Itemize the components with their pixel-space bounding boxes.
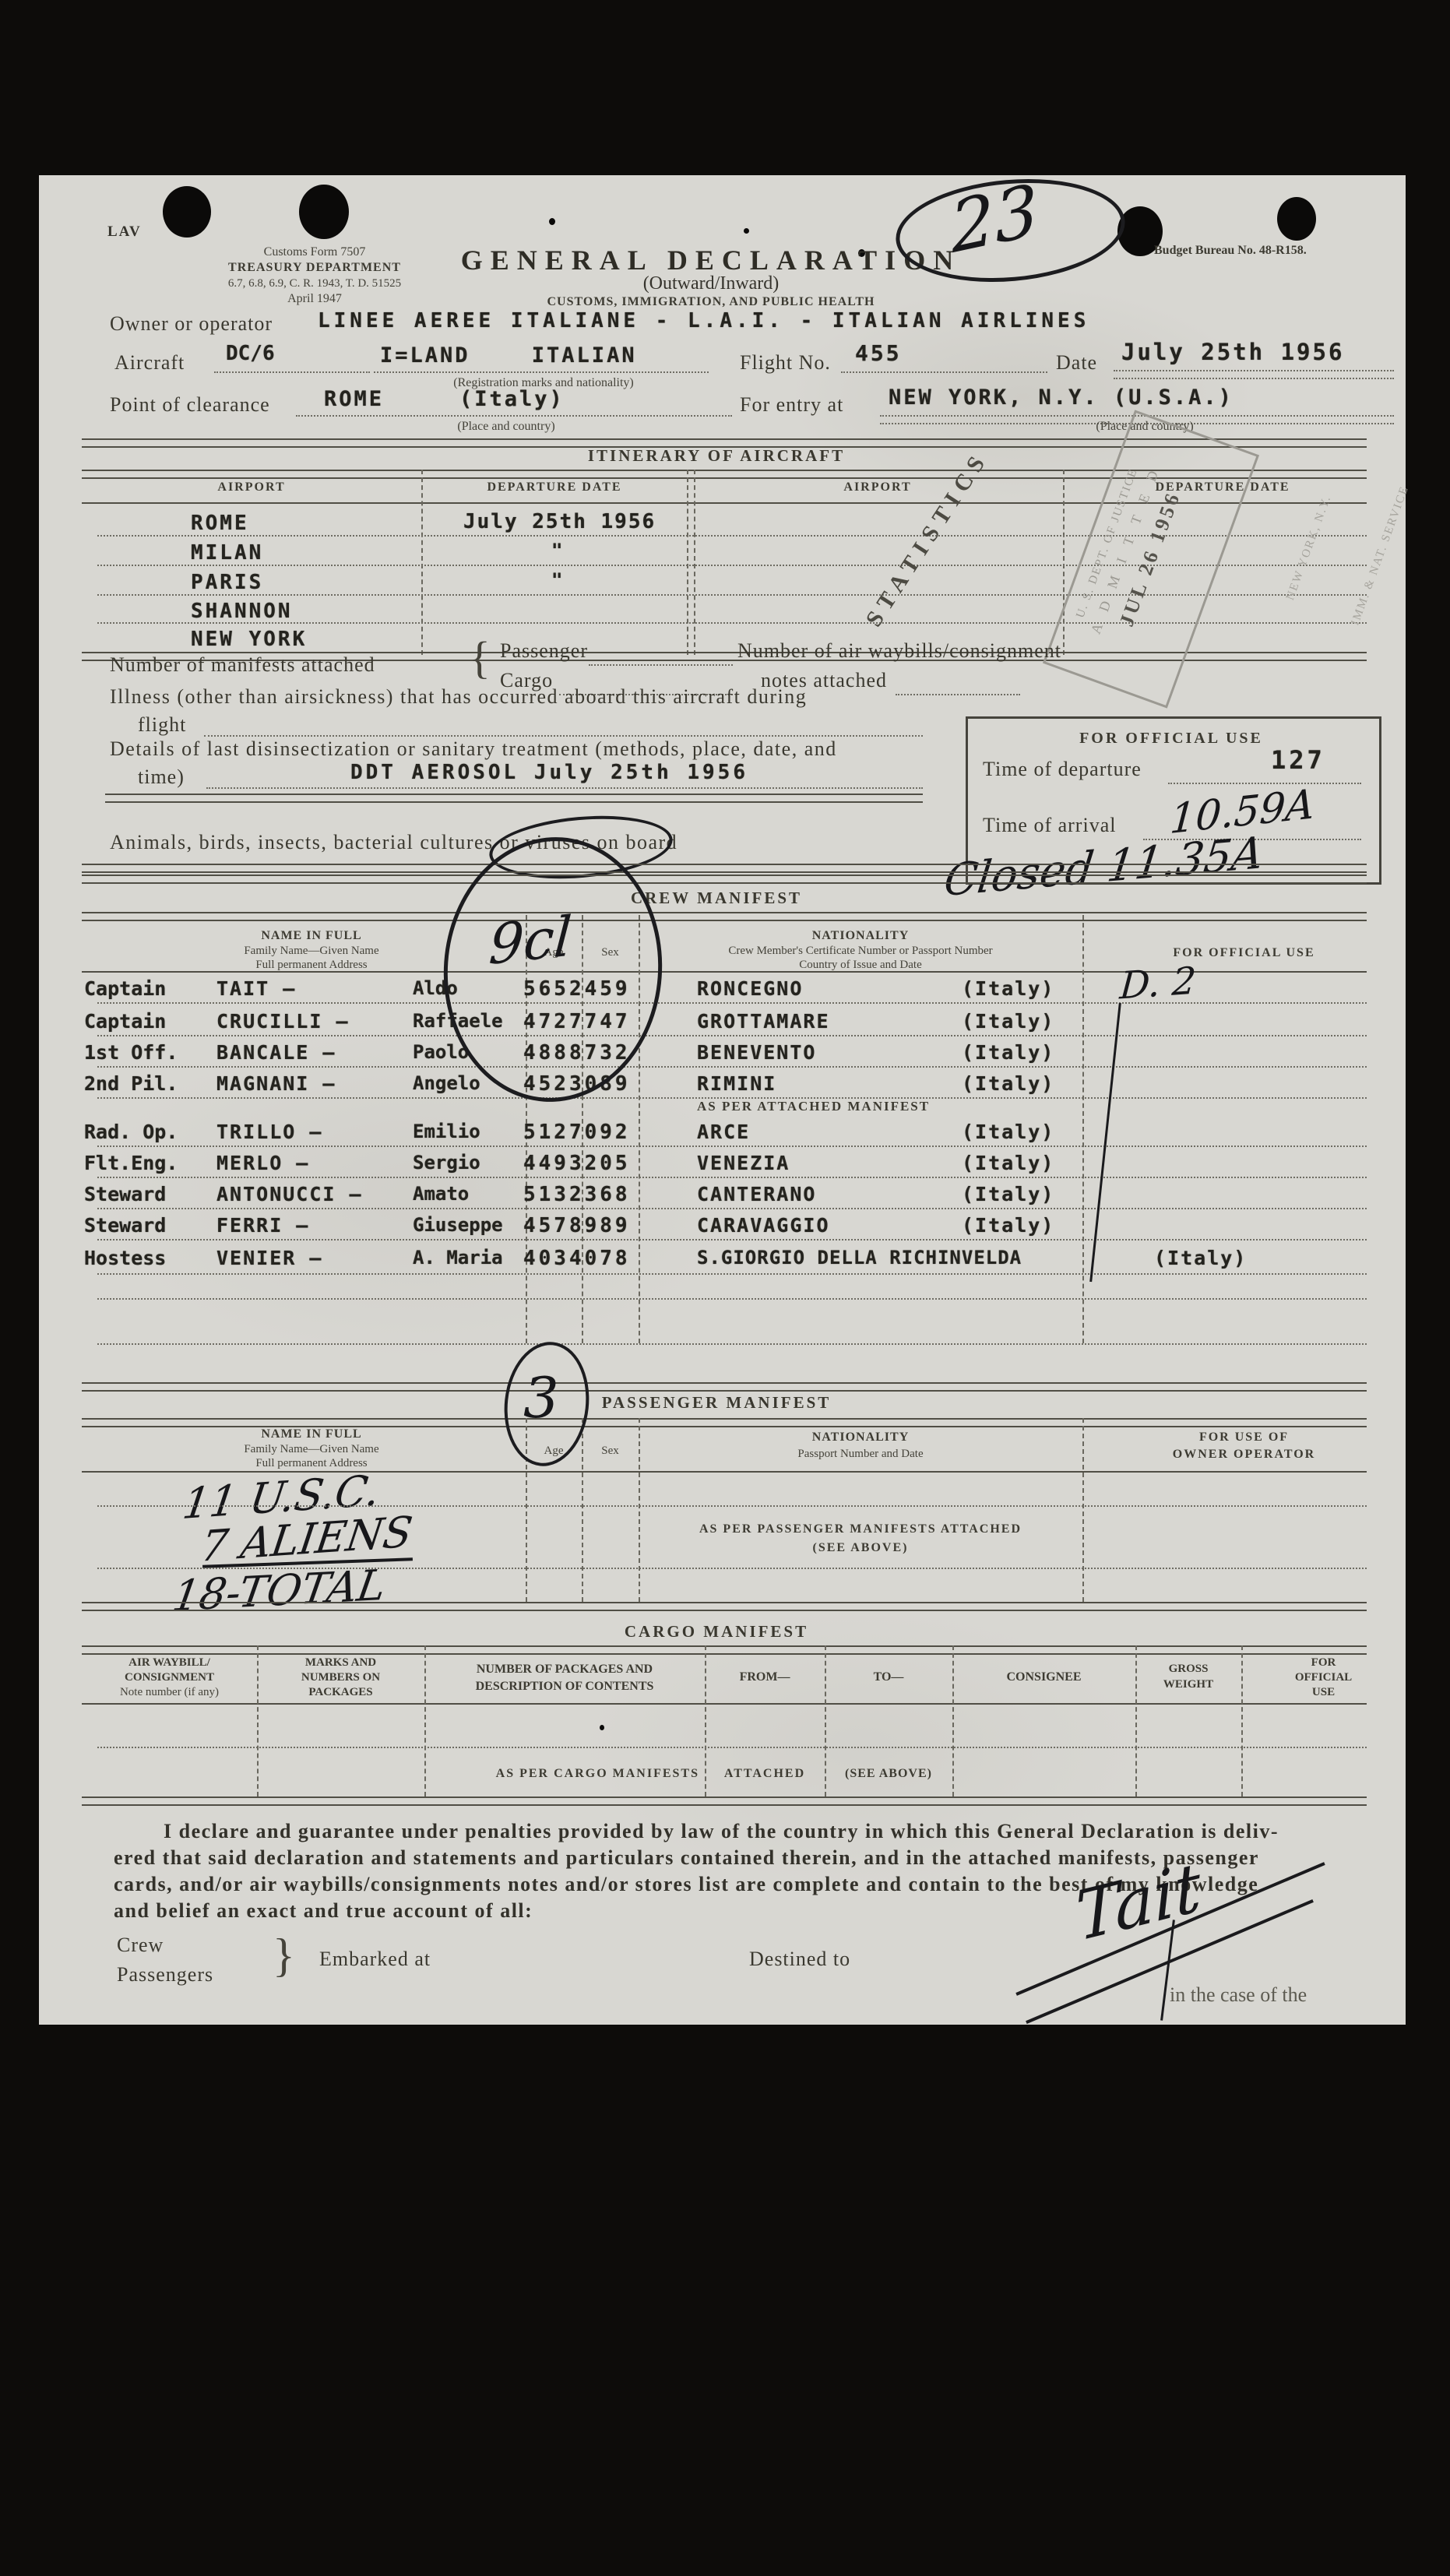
crew-role: Flt.Eng. (84, 1152, 178, 1174)
cargo-manifest-title: CARGO MANIFEST (444, 1622, 989, 1642)
crew-given-name: Giuseppe (413, 1214, 503, 1236)
row-line (97, 1747, 1367, 1748)
passenger-nationality-header-2: Passport Number and Date (639, 1448, 1082, 1461)
crew-role: Steward (84, 1214, 166, 1237)
row-line (97, 1035, 1367, 1036)
row-line (97, 1177, 1367, 1178)
crew-name-header-2: Family Name—Given Name (136, 945, 487, 958)
agency-line: CUSTOMS, IMMIGRATION, AND PUBLIC HEALTH (438, 295, 984, 309)
crew-place: CANTERANO (697, 1183, 816, 1205)
crew-family-name: MAGNANI — (216, 1072, 336, 1095)
crew-country: (Italy) (962, 1121, 1054, 1143)
crew-role: Steward (84, 1183, 166, 1205)
cargo-col-packages-1: NUMBER OF PACKAGES AND (424, 1663, 705, 1677)
row-line (97, 1239, 1367, 1240)
crew-place: BENEVENTO (697, 1041, 816, 1064)
cargo-attached-note-1: AS PER CARGO MANIFESTS (475, 1767, 699, 1781)
crew-country: (Italy) (962, 1041, 1054, 1064)
date-underline (1114, 370, 1394, 371)
crew-country: (Italy) (1154, 1247, 1247, 1269)
crew-place: GROTTAMARE (697, 1010, 830, 1033)
crew-given-name: Amato (413, 1183, 469, 1205)
owner-label: Owner or operator (110, 312, 273, 336)
corner-tag: LAV (107, 223, 142, 241)
waybills-label-1: Number of air waybills/consignment (737, 639, 1061, 663)
cargo-col-weight-2: WEIGHT (1135, 1678, 1241, 1691)
column-divider (257, 1645, 259, 1797)
embarked-label: Embarked at (319, 1948, 431, 1971)
cargo-col-official-2: OFFICIAL (1241, 1671, 1406, 1684)
itinerary-airport: ROME (191, 512, 249, 535)
entry-label: For entry at (740, 393, 843, 417)
stamp-service: IMM. & NAT. SERVICE (1349, 484, 1412, 628)
crew-country: (Italy) (962, 1072, 1054, 1095)
crew-country: (Italy) (962, 1183, 1054, 1205)
cargo-col-marks-3: PACKAGES (257, 1686, 424, 1699)
declaration-line-4: and belief an exact and true account of … (114, 1899, 533, 1923)
crew-place: RONCEGNO (697, 977, 803, 1000)
row-line (97, 1505, 1367, 1507)
crew-given-name: Sergio (413, 1152, 480, 1174)
stamp-location: NEW YORK, N.Y. (1284, 494, 1335, 603)
flight-value: 455 (855, 340, 902, 366)
itinerary-airport: MILAN (191, 541, 263, 565)
crew-certificate-number: 5127092 (523, 1121, 631, 1144)
departure-time-line (1168, 783, 1361, 784)
crew-country: (Italy) (962, 977, 1054, 1000)
ink-speck (600, 1725, 604, 1730)
cargo-attached-note-3: (SEE ABOVE) (825, 1767, 952, 1781)
column-divider (1135, 1645, 1137, 1797)
manifests-label: Number of manifests attached (110, 653, 375, 677)
column-divider (421, 470, 423, 655)
crew-nationality-header-3: Country of Issue and Date (639, 959, 1082, 972)
total-count: 18-TOTAL (169, 1561, 389, 1621)
crew-family-name: ANTONUCCI — (216, 1183, 363, 1205)
form-date: April 1947 (159, 292, 470, 306)
clearance-country: (Italy) (459, 387, 565, 411)
departure-time-value: 127 (1271, 745, 1325, 775)
crew-nationality-header-2: Crew Member's Certificate Number or Pass… (639, 945, 1082, 958)
department-name: TREASURY DEPARTMENT (159, 261, 470, 275)
crew-certificate-number: 4493205 (523, 1152, 631, 1175)
column-divider (687, 470, 688, 655)
itinerary-title: ITINERARY OF AIRCRAFT (444, 446, 989, 466)
form-citation: 6.7, 6.8, 6.9, C. R. 1943, T. D. 51525 (159, 277, 470, 290)
column-divider (582, 1418, 583, 1602)
crew-family-name: BANCALE — (216, 1041, 336, 1064)
crew-given-name: A. Maria (413, 1247, 503, 1269)
crew-name-header-1: NAME IN FULL (136, 929, 487, 943)
column-divider (424, 1645, 426, 1797)
passenger-manifests-line (589, 664, 733, 666)
row-line (97, 1568, 1367, 1569)
clearance-caption: (Place and country) (397, 420, 615, 434)
punch-hole (163, 186, 211, 238)
crew-family-name: MERLO — (216, 1152, 309, 1174)
section-rule (82, 1382, 1367, 1392)
passenger-name-header-3: Full permanent Address (136, 1457, 487, 1470)
arrival-time-label: Time of arrival (983, 814, 1116, 837)
budget-bureau-number: Budget Bureau No. 48-R158. (1154, 244, 1307, 258)
waybills-line (896, 694, 1020, 695)
cargo-col-to: TO— (825, 1670, 952, 1684)
passengers-label: Passengers (117, 1963, 213, 1987)
punch-hole (299, 185, 349, 239)
crew-given-name: Emilio (413, 1121, 480, 1142)
illness-answer-line (204, 735, 923, 737)
crew-certificate-number: 5132368 (523, 1183, 631, 1206)
crew-place: VENEZIA (697, 1152, 790, 1174)
column-divider (1241, 1645, 1243, 1797)
crew-official-header: FOR OFFICIAL USE (1082, 946, 1406, 960)
crew-family-name: FERRI — (216, 1214, 309, 1237)
passenger-attached-note-1: AS PER PASSENGER MANIFESTS ATTACHED (639, 1522, 1082, 1536)
admitted-stamp: U. S. DEPT. OF JUSTICE A D M I T T E D J… (1043, 410, 1259, 708)
crew-certificate-number: 4034078 (523, 1247, 631, 1270)
passenger-owner-header-2: OWNER OPERATOR (1082, 1448, 1406, 1462)
crew-place: RIMINI (697, 1072, 776, 1095)
cargo-col-official-3: USE (1241, 1686, 1406, 1699)
disinsectization-value: DDT AEROSOL July 25th 1956 (350, 761, 748, 784)
crew-country: (Italy) (962, 1214, 1054, 1237)
itinerary-date: July 25th 1956 (463, 510, 656, 533)
section-rule (82, 1418, 1367, 1427)
itinerary-date-ditto: " (551, 569, 562, 591)
flight-underline (841, 371, 1047, 373)
passenger-nationality-header-1: NATIONALITY (639, 1431, 1082, 1445)
cargo-col-consignee: CONSIGNEE (952, 1670, 1135, 1684)
passenger-note: 3 (523, 1365, 559, 1431)
crew-count-note: 9cl (487, 904, 573, 977)
form-number: Customs Form 7507 (159, 245, 470, 259)
crew-country: (Italy) (962, 1152, 1054, 1174)
departure-time-label: Time of departure (983, 758, 1142, 781)
crew-family-name: TAIT — (216, 977, 296, 1000)
column-divider (952, 1645, 954, 1797)
crew-attached-note: AS PER ATTACHED MANIFEST (697, 1099, 930, 1114)
crew-official-annotation: D. 2 (1118, 959, 1198, 1008)
column-divider (1082, 1418, 1084, 1602)
section-rule (82, 1645, 1367, 1655)
date-underline2 (1114, 378, 1394, 379)
declaration-line-2: ered that said declaration and statement… (114, 1846, 1259, 1870)
crew-country: (Italy) (962, 1010, 1054, 1033)
cargo-attached-note-2: ATTACHED (705, 1767, 825, 1781)
passenger-sex-header: Sex (582, 1445, 639, 1458)
destined-label: Destined to (749, 1948, 850, 1971)
section-rule (82, 1602, 1367, 1611)
crew-family-name: TRILLO — (216, 1121, 322, 1143)
row-line (97, 1066, 1367, 1068)
details-line-1: Details of last disinsectization or sani… (110, 737, 837, 761)
clearance-underline (296, 415, 732, 417)
crew-place: CARAVAGGIO (697, 1214, 830, 1237)
cargo-col-official-1: FOR (1241, 1656, 1406, 1670)
cargo-col-waybill-1: AIR WAYBILL/ (82, 1656, 257, 1670)
brace-right: } (273, 1929, 295, 1983)
clearance-value: ROME (324, 387, 384, 411)
crew-role: Captain (84, 1010, 166, 1033)
itinerary-col-airport1: AIRPORT (135, 480, 368, 494)
crew-label: Crew (117, 1934, 164, 1957)
crew-given-name: Angelo (413, 1072, 480, 1094)
itinerary-airport: NEW YORK (191, 628, 307, 651)
details-line-2: time) (138, 765, 185, 789)
row-line (97, 1208, 1367, 1209)
row-line (97, 1273, 1367, 1275)
passenger-manifests-label: Passenger (500, 639, 588, 663)
cargo-col-marks-2: NUMBERS ON (257, 1671, 424, 1684)
entry-value: NEW YORK, N.Y. (U.S.A.) (889, 385, 1234, 410)
column-divider (639, 1418, 640, 1602)
date-value: July 25th 1956 (1121, 339, 1344, 365)
passenger-attached-note-2: (SEE ABOVE) (639, 1541, 1082, 1555)
crew-family-name: CRUCILLI — (216, 1010, 350, 1033)
itinerary-airport: SHANNON (191, 600, 293, 623)
crew-certificate-number: 4578989 (523, 1214, 631, 1237)
section-rule (82, 912, 1367, 921)
aircraft-value: DC/6 (226, 342, 275, 365)
cargo-col-marks-1: MARKS AND (257, 1656, 424, 1670)
clearance-label: Point of clearance (110, 393, 270, 417)
ink-blob (1277, 197, 1316, 241)
crew-name-header-3: Full permanent Address (136, 959, 487, 972)
section-rule (82, 864, 1367, 873)
itinerary-col-date1: DEPARTURE DATE (438, 480, 671, 494)
crew-nationality-header-1: NATIONALITY (639, 929, 1082, 943)
date-label: Date (1056, 351, 1097, 375)
row-line (97, 1097, 1367, 1099)
header-rule (82, 1703, 1367, 1705)
crew-role: Captain (84, 977, 166, 1000)
cargo-col-from: FROM— (705, 1670, 825, 1684)
illness-line-2: flight (138, 713, 186, 737)
declaration-line-1: I declare and guarantee under penalties … (164, 1820, 1279, 1843)
illness-line-1: Illness (other than airsickness) that ha… (110, 685, 807, 709)
cargo-col-weight-1: GROSS (1135, 1663, 1241, 1676)
cargo-col-waybill-2: CONSIGNMENT (82, 1671, 257, 1684)
registration-underline (374, 371, 709, 373)
section-rule (82, 875, 1367, 884)
passenger-name-header-2: Family Name—Given Name (136, 1443, 487, 1456)
crew-family-name: VENIER — (216, 1247, 322, 1269)
section-rule (105, 794, 923, 803)
passenger-owner-header-1: FOR USE OF (1082, 1431, 1406, 1445)
registration-value: I=LAND ITALIAN (380, 343, 637, 368)
flight-label: Flight No. (740, 351, 831, 375)
itinerary-date-ditto: " (551, 540, 562, 561)
ink-speck (744, 228, 749, 234)
row-line (97, 1145, 1367, 1147)
section-rule (82, 1797, 1367, 1806)
crew-place: S.GIORGIO DELLA RICHINVELDA (697, 1247, 1022, 1269)
crew-role: Rad. Op. (84, 1121, 178, 1143)
owner-value: LINEE AEREE ITALIANE - L.A.I. - ITALIAN … (318, 309, 1089, 333)
ink-speck (549, 218, 555, 225)
scanned-document-canvas: LAV Customs Form 7507 TREASURY DEPARTMEN… (0, 0, 1450, 2576)
row-line (97, 1298, 1367, 1300)
crew-role: 2nd Pil. (84, 1072, 178, 1095)
cargo-col-packages-2: DESCRIPTION OF CONTENTS (424, 1680, 705, 1694)
column-divider (694, 470, 695, 655)
row-line (97, 1343, 1367, 1345)
crew-role: Hostess (84, 1247, 166, 1269)
cargo-col-waybill-3: Note number (if any) (82, 1686, 257, 1699)
itinerary-airport: PARIS (191, 571, 263, 594)
case-label: in the case of the (1170, 1983, 1307, 2007)
aircraft-underline (214, 371, 370, 373)
row-line (97, 1002, 1367, 1004)
crew-role: 1st Off. (84, 1041, 178, 1064)
aircraft-label: Aircraft (114, 351, 185, 375)
crew-place: ARCE (697, 1121, 750, 1143)
passenger-name-header-1: NAME IN FULL (136, 1427, 487, 1441)
column-divider (1082, 915, 1084, 1343)
document-subtitle: (Outward/Inward) (438, 273, 984, 294)
details-answer-line (206, 787, 923, 789)
brace-left: { (469, 632, 491, 684)
document-page: LAV Customs Form 7507 TREASURY DEPARTMEN… (39, 175, 1406, 2025)
